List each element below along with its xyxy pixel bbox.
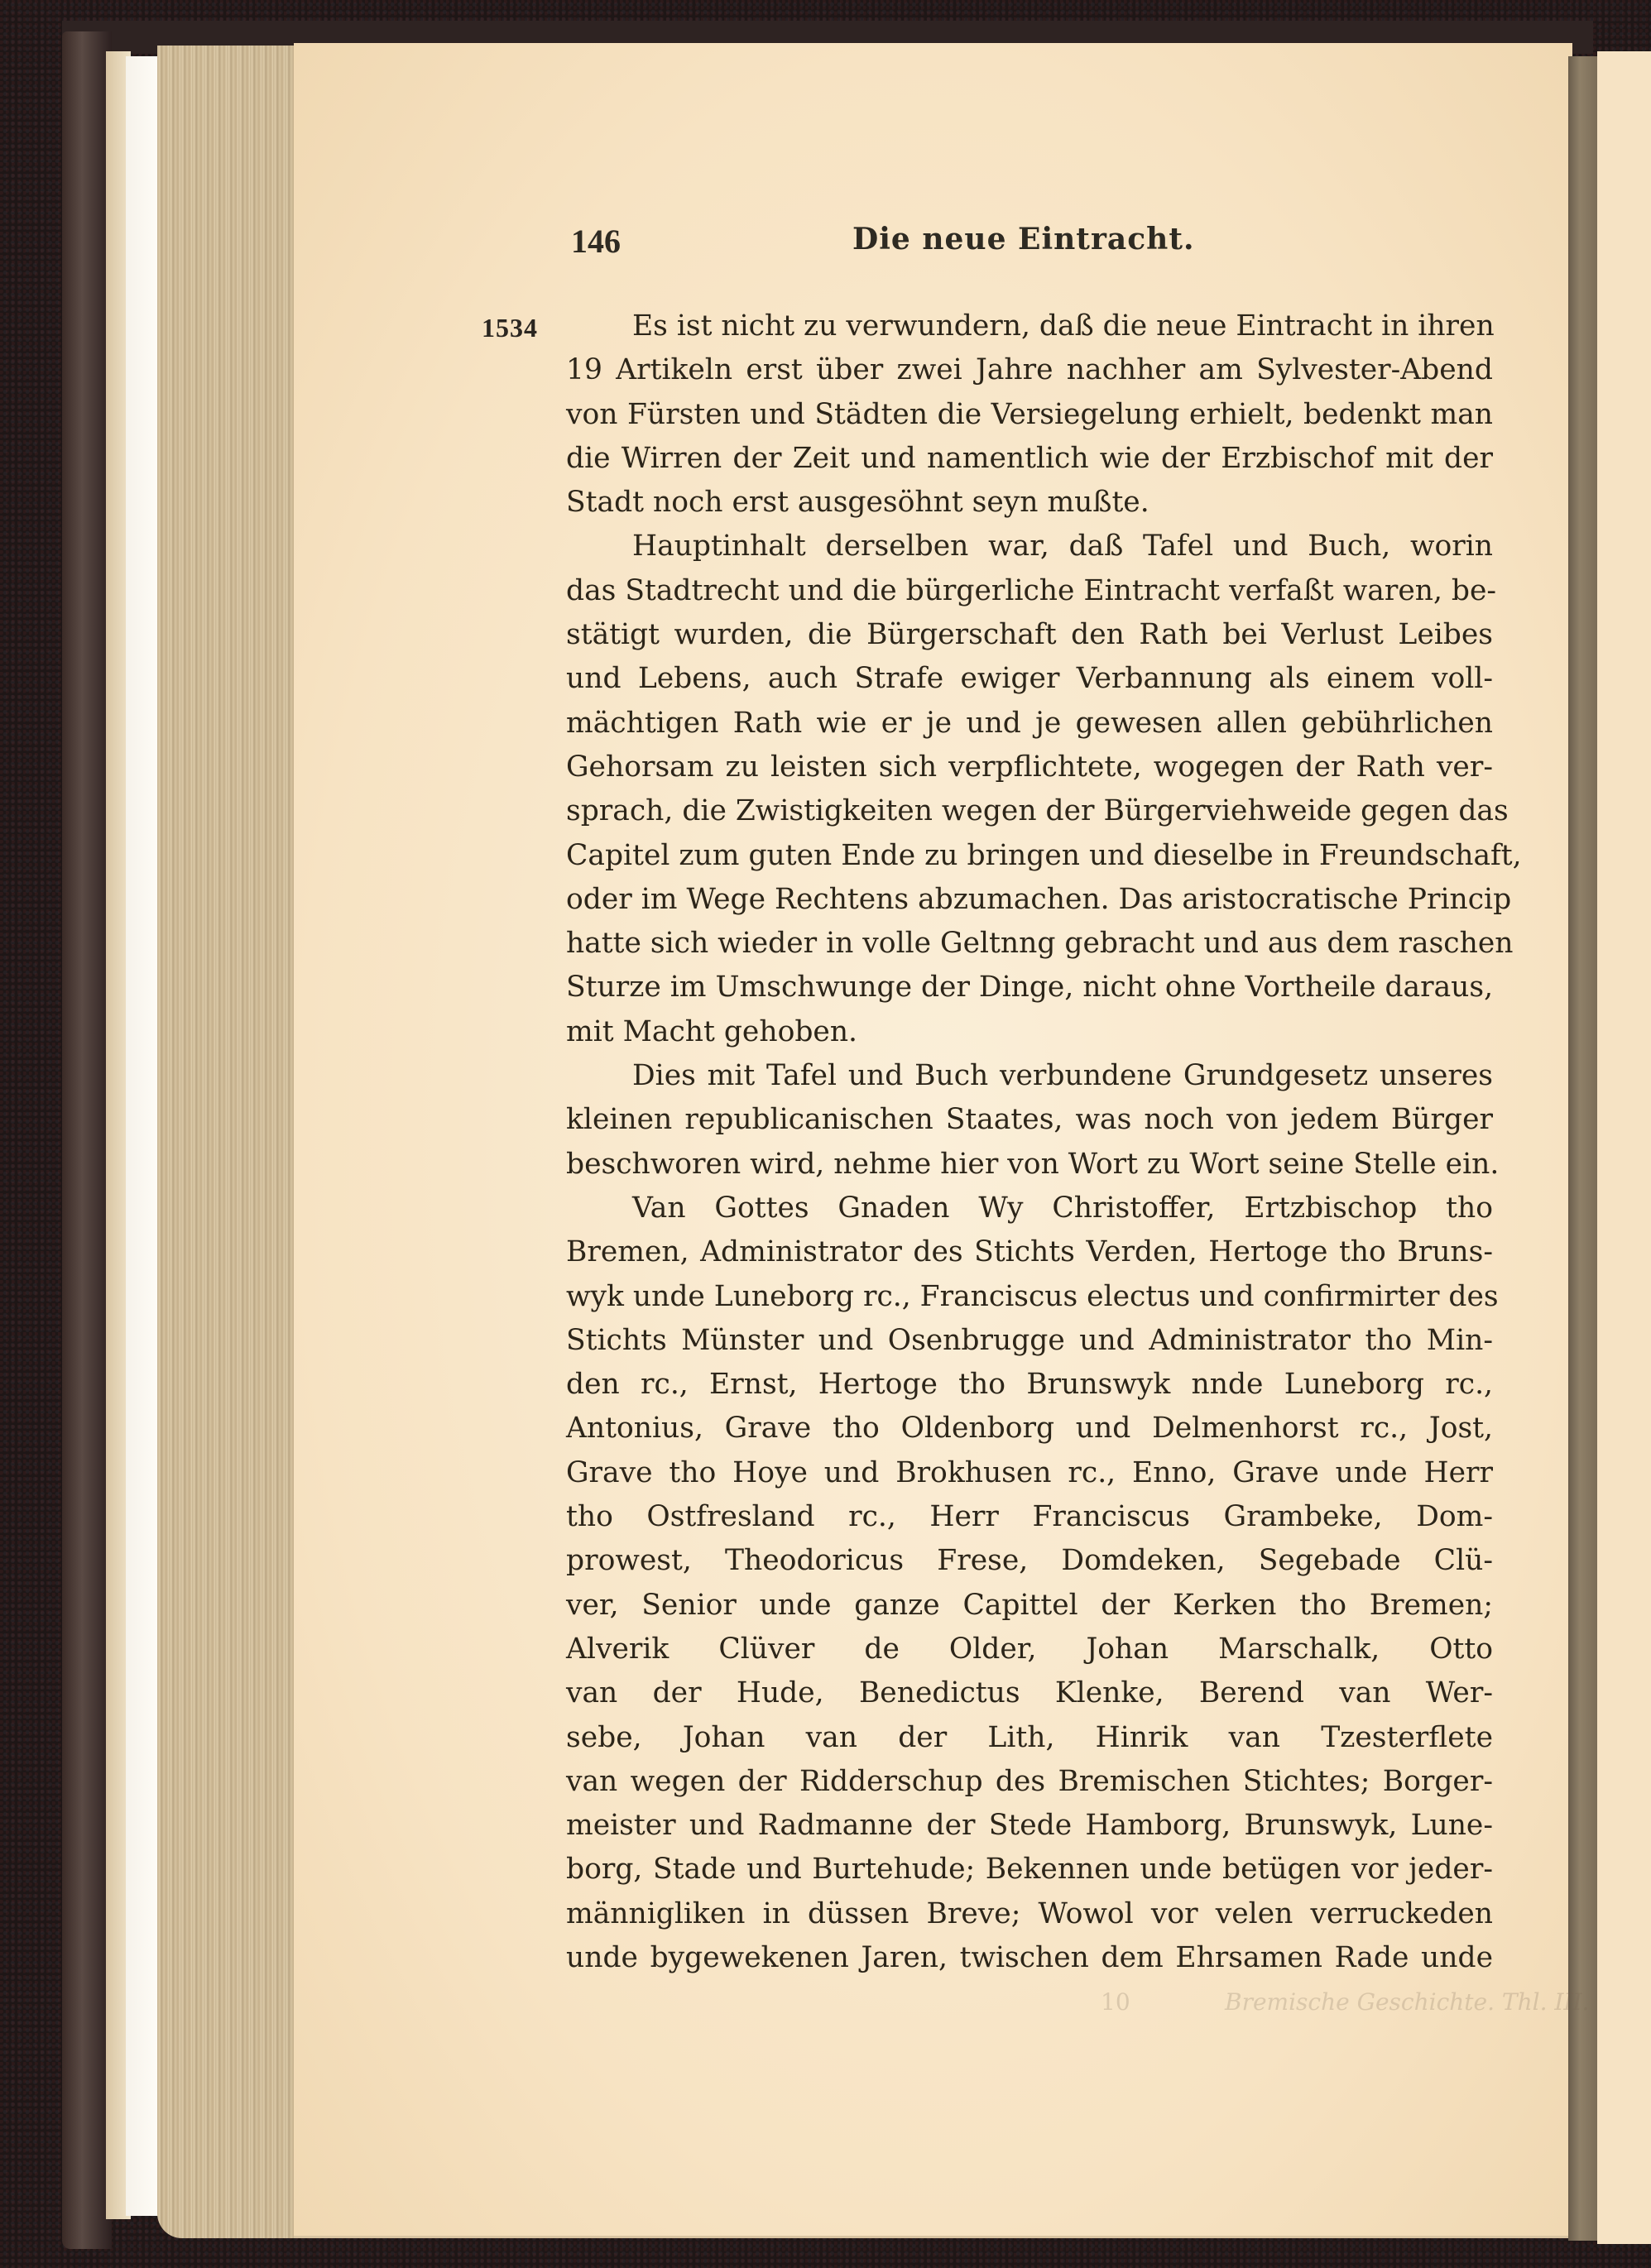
show-through-signature: 10 <box>1101 1988 1130 2016</box>
text-line: sprach, die Zwistigkeiten wegen der Bürg… <box>566 789 1493 833</box>
text-line: van wegen der Ridderschup des Bremischen… <box>566 1760 1493 1804</box>
text-line: borg, Stade und Burtehude; Bekennen unde… <box>566 1848 1493 1892</box>
text-line: Stichts Münster und Osenbrugge und Admin… <box>566 1319 1493 1363</box>
text-line: Stadt noch erst ausgesöhnt seyn mußte. <box>566 481 1493 525</box>
text-line: Grave tho Hoye und Brokhusen rc., Enno, … <box>566 1451 1493 1495</box>
text-line: stätigt wurden, die Bürgerschaft den Rat… <box>566 613 1493 657</box>
text-line: unde bygewekenen Jaren, twischen dem Ehr… <box>566 1936 1493 1980</box>
running-head: 146 Die neue Eintracht. <box>571 222 1217 271</box>
page-edges-stack <box>157 46 298 2238</box>
body-text: Es ist nicht zu verwundern, daß die neue… <box>566 304 1493 1980</box>
text-line: wyk unde Luneborg rc., Franciscus electu… <box>566 1275 1493 1319</box>
text-line: mit Macht gehoben. <box>566 1010 1493 1054</box>
book-cover-spine-edge <box>62 31 112 2249</box>
text-line: von Fürsten und Städten die Versiegelung… <box>566 393 1493 437</box>
text-line: beschworen wird, nehme hier von Wort zu … <box>566 1143 1493 1187</box>
margin-year-note: 1534 <box>482 313 538 343</box>
text-line: tho Ostfresland rc., Herr Franciscus Gra… <box>566 1495 1493 1539</box>
text-line: Es ist nicht zu verwundern, daß die neue… <box>566 304 1493 348</box>
text-line: sebe, Johan van der Lith, Hinrik van Tze… <box>566 1716 1493 1760</box>
book-gutter <box>1568 56 1597 2241</box>
text-line: van der Hude, Benedictus Klenke, Berend … <box>566 1671 1493 1715</box>
text-line: und Lebens, auch Strafe ewiger Verbannun… <box>566 657 1493 701</box>
page-number: 146 <box>571 222 621 261</box>
facing-page-edge <box>1597 51 1651 2244</box>
text-line: Sturze im Umschwunge der Dinge, nicht oh… <box>566 966 1493 1009</box>
text-line: die Wirren der Zeit und namentlich wie d… <box>566 437 1493 481</box>
text-line: ver, Senior unde ganze Capittel der Kerk… <box>566 1584 1493 1628</box>
show-through-footer: Bremische Geschichte. Thl. III. <box>1225 1988 1589 2016</box>
text-line: Hauptinhalt derselben war, daß Tafel und… <box>566 525 1493 568</box>
running-title: Die neue Eintracht. <box>852 222 1195 257</box>
text-line: oder im Wege Rechtens abzumachen. Das ar… <box>566 878 1493 922</box>
text-line: Dies mit Tafel und Buch verbundene Grund… <box>566 1054 1493 1098</box>
text-line: 19 Artikeln erst über zwei Jahre nachher… <box>566 348 1493 392</box>
text-line: männigliken in düssen Breve; Wowol vor v… <box>566 1892 1493 1936</box>
text-line: den rc., Ernst, Hertoge tho Brunswyk nnd… <box>566 1363 1493 1407</box>
text-line: Capitel zum guten Ende zu bringen und di… <box>566 834 1493 878</box>
text-line: das Stadtrecht und die bürgerliche Eintr… <box>566 569 1493 613</box>
text-line: Van Gottes Gnaden Wy Christoffer, Ertzbi… <box>566 1187 1493 1230</box>
text-line: Alverik Clüver de Older, Johan Marschalk… <box>566 1628 1493 1671</box>
text-line: meister und Radmanne der Stede Hamborg, … <box>566 1804 1493 1848</box>
text-line: prowest, Theodoricus Frese, Domdeken, Se… <box>566 1539 1493 1583</box>
text-line: Gehorsam zu leisten sich verpflichtete, … <box>566 746 1493 789</box>
text-line: hatte sich wieder in volle Geltnng gebra… <box>566 922 1493 966</box>
text-line: Bremen, Administrator des Stichts Verden… <box>566 1230 1493 1274</box>
text-line: Antonius, Grave tho Oldenborg und Delmen… <box>566 1407 1493 1450</box>
text-line: mächtigen Rath wie er je und je gewesen … <box>566 702 1493 746</box>
text-line: kleinen republicanischen Staates, was no… <box>566 1098 1493 1142</box>
